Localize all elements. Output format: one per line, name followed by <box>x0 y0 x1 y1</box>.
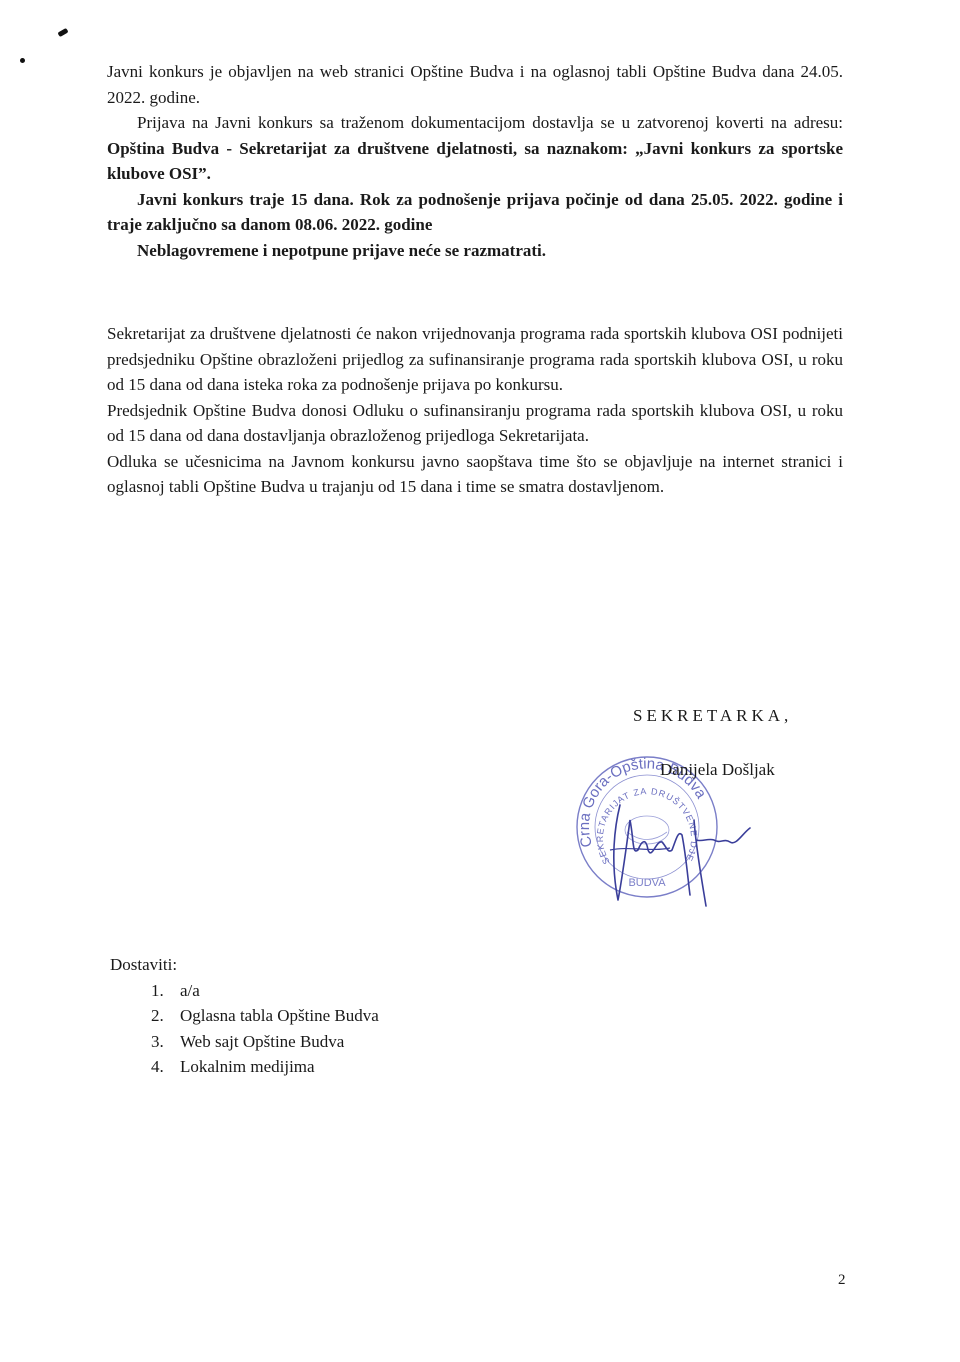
decision-paragraph: Predsjednik Opštine Budva donosi Odluku … <box>107 398 843 449</box>
scan-artifact <box>20 58 25 63</box>
signatory-title: SEKRETARKA, <box>633 706 792 726</box>
distribution-item: Web sajt Opštine Budva <box>168 1029 379 1055</box>
evaluation-paragraph: Sekretarijat za društvene djelatnosti će… <box>107 321 843 398</box>
submission-address: Opština Budva - Sekretarijat za društven… <box>107 139 843 184</box>
duration-paragraph: Javni konkurs traje 15 dana. Rok za podn… <box>107 187 843 238</box>
publication-paragraph: Javni konkurs je objavljen na web strani… <box>107 59 843 110</box>
submission-paragraph: Prijava na Javni konkurs sa traženom dok… <box>107 110 843 187</box>
handwritten-signature-icon <box>590 780 760 910</box>
procedure-details: Sekretarijat za društvene djelatnosti će… <box>107 321 843 500</box>
page-number: 2 <box>838 1272 846 1289</box>
scan-artifact <box>57 28 68 37</box>
distribution-item: Oglasna tabla Opštine Budva <box>168 1003 379 1029</box>
distribution-item: Lokalnim medijima <box>168 1054 379 1080</box>
announcement-details: Javni konkurs je objavljen na web strani… <box>107 59 843 263</box>
signatory-name: Danijela Došljak <box>660 760 775 780</box>
announcement-paragraph: Odluka se učesnicima na Javnom konkursu … <box>107 449 843 500</box>
distribution-item: a/a <box>168 978 379 1004</box>
distribution-list: Dostaviti: a/a Oglasna tabla Opštine Bud… <box>110 952 379 1080</box>
distribution-heading: Dostaviti: <box>110 952 379 978</box>
submission-text: Prijava na Javni konkurs sa traženom dok… <box>137 113 843 132</box>
incomplete-applications-notice: Neblagovremene i nepotpune prijave neće … <box>107 238 843 264</box>
